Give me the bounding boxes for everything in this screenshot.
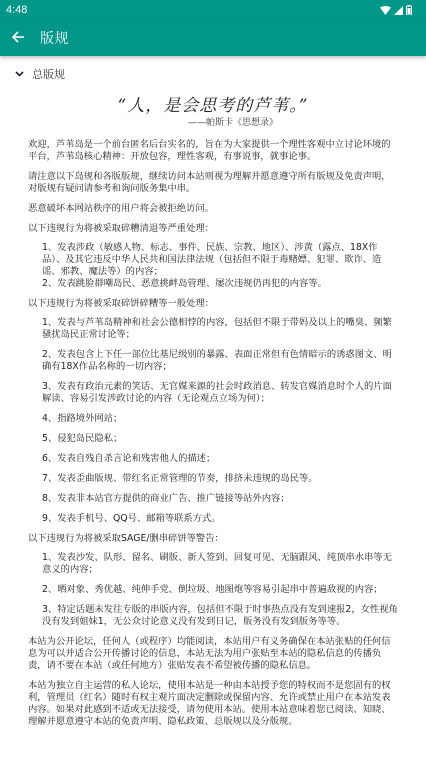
battery-icon — [406, 5, 412, 15]
list-item: 5、侵犯岛民隐私； — [42, 433, 398, 445]
list-item: 4、指路境外网站； — [42, 413, 398, 425]
list-item: 2、发表包含上下任一部位比基尼级别的暴露、表面正常但有色情暗示的诱惑图文、明确有… — [42, 349, 398, 373]
malicious-paragraph: 恶意破坏本网站秩序的用户将会被拒绝访问。 — [28, 203, 398, 215]
list-item: 3、特定话题未发往专版的串版内容，包括但不限于时事热点没有发到速报2，女性视角没… — [42, 604, 398, 628]
welcome-paragraph: 欢迎，芦苇岛是一个前台匿名后台实名的，旨在为大家提供一个理性客观中立讨论环境的平… — [28, 139, 398, 163]
section-toggle-general-rules[interactable]: 总版规 — [0, 56, 426, 92]
cell-signal-icon — [394, 6, 403, 15]
status-bar: 4:48 — [0, 0, 426, 20]
notice-paragraph: 请注意以下岛规和各版版规，继续访问本站则视为理解并愿意遵守所有版规及免责声明，对… — [28, 171, 398, 195]
list-item: 1、发表沙发、队形、留名、刷版、新人签到、回复可见、无脑跟风、纯顶串水串等无意义… — [42, 552, 398, 576]
list-item: 2、发表跳脸群嘲岛民、恶意挑衅岛管理、屡次违规仍再犯的内容等。 — [42, 278, 398, 290]
list-item: 1、发表与芦苇岛精神和社会公德相悖的内容，包括但不限于带妈及以上的嘴臭、频繁骚扰… — [42, 317, 398, 341]
section-title: 总版规 — [32, 66, 65, 82]
list-item: 6、发表自残自杀言论和残害他人的描述； — [42, 453, 398, 465]
list-item: 8、发表非本站官方提供的商业广告、推广链接等站外内容； — [42, 493, 398, 505]
quote-source: ——帕斯卡《思想录》 — [0, 117, 426, 129]
severe-rules-list: 1、发表涉政（敏感人物、标志、事件、民族、宗教、地区）、涉黄（露点、18X作品）… — [28, 242, 398, 290]
general-rules-list: 1、发表与芦苇岛精神和社会公德相悖的内容，包括但不限于带妈及以上的嘴臭、频繁骚扰… — [28, 317, 398, 525]
list-item: 3、发表有政治元素的笑话、无官媒来源的社会时政消息、转发官媒消息时个人的片面解读… — [42, 381, 398, 405]
chevron-down-icon — [14, 69, 24, 79]
status-icons — [380, 5, 412, 15]
public-forum-paragraph: 本站为公开论坛，任何人（或程序）均能阅读，本站用户有义务确保在本站张贴的任何信息… — [28, 636, 398, 672]
app-bar: 版规 — [0, 20, 426, 56]
status-time: 4:48 — [6, 4, 27, 16]
general-intro: 以下违规行为将被采取碎饼碎糟等一般处理： — [28, 298, 398, 310]
severe-intro: 以下违规行为将被采取碎糟清退等严重处理： — [28, 223, 398, 235]
list-item: 2、晒对象、秀优越、纯伸手党、倒垃圾、地图炮等容易引起串中普遍敌视的内容； — [42, 584, 398, 596]
list-item: 7、发表歪曲版规、带红名正常管理的节奏，排挤未违规的岛民等。 — [42, 473, 398, 485]
arrow-left-icon — [11, 29, 25, 48]
list-item: 1、发表涉政（敏感人物、标志、事件、民族、宗教、地区）、涉黄（露点、18X作品）… — [42, 242, 398, 278]
sage-intro: 以下违规行为将被采取SAGE/删串碎饼等警告： — [28, 533, 398, 545]
quote-block: “人，是会思考的芦苇。” ——帕斯卡《思想录》 — [0, 95, 426, 129]
rules-content[interactable]: 总版规 “人，是会思考的芦苇。” ——帕斯卡《思想录》 欢迎，芦苇岛是一个前台匿… — [0, 56, 426, 757]
back-button[interactable] — [0, 20, 38, 56]
list-item: 9、发表手机号、QQ号、邮箱等联系方式。 — [42, 513, 398, 525]
page-title: 版规 — [40, 28, 69, 48]
rules-body: 欢迎，芦苇岛是一个前台匿名后台实名的，旨在为大家提供一个理性客观中立讨论环境的平… — [0, 139, 426, 728]
wifi-icon — [380, 6, 391, 15]
sage-rules-list: 1、发表沙发、队形、留名、刷版、新人签到、回复可见、无脑跟风、纯顶串水串等无意义… — [28, 552, 398, 628]
private-forum-paragraph: 本站为独立自主运营的私人论坛，使用本站是一种由本站授予您的特权而不是您固有的权利… — [28, 680, 398, 728]
quote-text: “人，是会思考的芦苇。” — [0, 95, 426, 117]
